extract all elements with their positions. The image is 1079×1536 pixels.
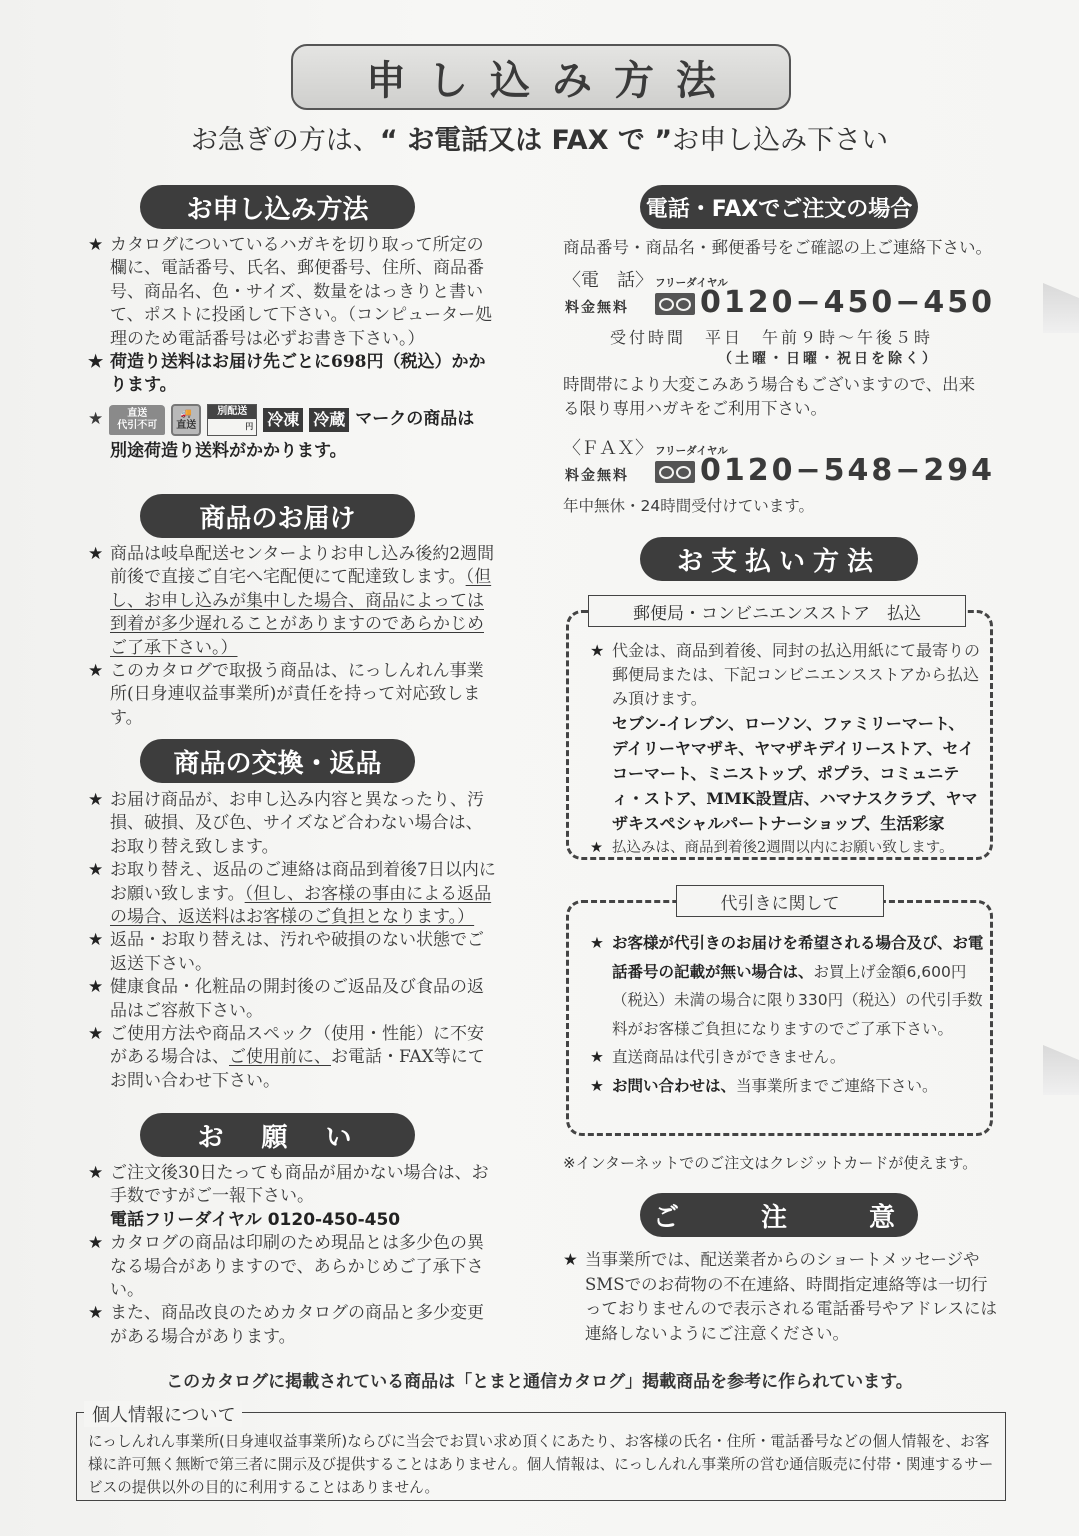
list-item: ★ このカタログで取扱う商品は、にっしんれん事業所(日身連収益事業所)が責任を持… (88, 660, 498, 730)
frozen-icon: 冷凍 (263, 408, 303, 432)
marks-suffix: マークの商品は (355, 408, 474, 431)
subtitle: お急ぎの方は、“ お電話又は FAX で ”お申し込み下さい (0, 118, 1079, 157)
page-title: 申し込み方法 (291, 44, 791, 110)
star-icon: ★ (590, 836, 603, 860)
product-marks-row: ★ 直送 代引不可 🚚 直送 別配送 円 冷凍 冷蔵 マークの商品は (88, 404, 498, 436)
list-item: ★ カタログについているハガキを切り取って所定の欄に、電話番号、氏名、郵便番号、… (88, 234, 498, 351)
star-icon: ★ (590, 929, 604, 958)
star-icon: ★ (590, 1072, 604, 1101)
list-item: ★ 直送商品は代引きができません。 (590, 1043, 985, 1072)
cod-box-tag: 代引きに関して (676, 885, 884, 917)
free-dial-phone: 電話フリーダイヤル 0120-450-450 (88, 1209, 498, 1232)
payment-box-tag: 郵便局・コンビニエンスストア 払込 (588, 595, 966, 627)
star-icon: ★ (88, 789, 103, 812)
list-item: ★ お取り替え、返品のご連絡は商品到着後7日以内にお願い致します。（但し、お客様… (88, 859, 498, 929)
list-item: ★ また、商品改良のためカタログの商品と多少変更がある場合があります。 (88, 1302, 498, 1349)
catalog-source-note: このカタログに掲載されている商品は「とまと通信カタログ」掲載商品を参考に作られて… (0, 1367, 1079, 1392)
star-icon: ★ (88, 1162, 103, 1185)
truck-icon: 🚚 (181, 408, 192, 420)
list-item: ★ 健康食品・化粧品の開封後のご返品及び食品の返品はご容赦下さい。 (88, 976, 498, 1023)
heading-caution: ご 注 意 (640, 1193, 918, 1237)
phone-number[interactable]: 0120−450−450 (700, 285, 995, 320)
star-icon: ★ (88, 234, 103, 257)
convenience-store-list: セブン-イレブン、ローソン、ファミリーマート、デイリーヤマザキ、ヤマザキデイリー… (590, 711, 980, 836)
phone-closed-days: （土曜・日曜・祝日を除く） (718, 348, 939, 368)
star-icon: ★ (88, 1232, 103, 1255)
star-icon: ★ (88, 351, 103, 374)
subtitle-suffix: お申し込み下さい (672, 125, 888, 156)
heading-how-to-apply: お申し込み方法 (140, 185, 415, 229)
heading-delivery: 商品のお届け (140, 494, 415, 538)
subtitle-emphasis: “ お電話又は FAX で ” (380, 125, 672, 156)
heading-phone-fax-order: 電話・FAXでご注文の場合 (640, 185, 918, 229)
torn-edge (1043, 1045, 1079, 1095)
list-item: ★ 代金は、商品到着後、同封の払込用紙にて最寄りの郵便局または、下記コンビニエン… (590, 639, 980, 711)
fax-hours: 年中無休・24時間受付けています。 (563, 494, 814, 518)
star-icon: ★ (88, 660, 103, 683)
section-exchange-return: ★ お届け商品が、お申し込み内容と異なったり、汚損、破損、及び色、サイズなど合わ… (88, 789, 498, 1093)
fax-fee-free: 料金無料 (565, 465, 629, 485)
list-item: ★ カタログの商品は印刷のため現品とは多少色の異なる場合がありますので、あらかじ… (88, 1232, 498, 1302)
phone-fax-intro: 商品番号・商品名・郵便番号をご確認の上ご連絡下さい。 (563, 236, 993, 260)
star-icon: ★ (590, 1043, 604, 1072)
star-icon: ★ (88, 543, 103, 566)
phone-label: 〈電 話〉 (563, 266, 653, 292)
chilled-icon: 冷蔵 (309, 408, 349, 432)
list-item: ★ 返品・お取り替えは、汚れや破損のない状態でご返送下さい。 (88, 929, 498, 976)
star-icon: ★ (88, 1302, 103, 1325)
fax-label: 〈ＦＡＸ〉 (563, 434, 653, 460)
direct-no-cod-truck-icon: 直送 代引不可 (109, 405, 165, 435)
heading-request: お 願 い (140, 1113, 415, 1157)
phone-hours: 受付時間 平日 午前９時～午後５時 (610, 325, 933, 348)
list-item: ★ ご注文後30日たっても商品が届かない場合は、お手数ですがご一報下さい。 (88, 1162, 498, 1209)
subtitle-prefix: お急ぎの方は、 (191, 125, 380, 156)
section-payment: ★ 代金は、商品到着後、同封の払込用紙にて最寄りの郵便局または、下記コンビニエン… (590, 639, 980, 860)
busy-note: 時間帯により大変こみあう場合もございますので、出来る限り専用ハガキをご利用下さい… (563, 373, 983, 421)
star-icon: ★ (590, 639, 604, 663)
section-delivery: ★ 商品は岐阜配送センターよりお申し込み後約2週間前後で直接ご自宅へ宅配便にて配… (88, 543, 498, 730)
list-item: ★ お問い合わせは、当事業所までご連絡下さい。 (590, 1072, 985, 1101)
star-icon: ★ (88, 929, 103, 952)
free-dial-icon (655, 293, 695, 315)
list-item: ★ 当事業所では、配送業者からのショートメッセージやSMSでのお荷物の不在連絡、… (563, 1248, 998, 1346)
internet-order-note: ※インターネットでのご注文はクレジットカードが使えます。 (563, 1152, 977, 1173)
list-item: ★ ご使用方法や商品スペック（使用・性能）に不安がある場合は、ご使用前に、お電話… (88, 1023, 498, 1093)
separate-delivery-icon: 別配送 円 (207, 404, 257, 436)
section-cod: ★ お客様が代引きのお届けを希望される場合及び、お電話番号の記載が無い場合は、お… (590, 929, 985, 1100)
privacy-title: 個人情報について (84, 1401, 242, 1427)
star-icon: ★ (88, 859, 103, 882)
star-icon: ★ (88, 976, 103, 999)
direct-ship-icon: 🚚 直送 (171, 404, 201, 436)
heading-exchange-return: 商品の交換・返品 (140, 739, 415, 783)
section-request: ★ ご注文後30日たっても商品が届かない場合は、お手数ですがご一報下さい。 電話… (88, 1162, 498, 1349)
phone-fee-free: 料金無料 (565, 297, 629, 317)
star-icon: ★ (563, 1248, 578, 1273)
order-info-page: 申し込み方法 お急ぎの方は、“ お電話又は FAX で ”お申し込み下さい お申… (0, 0, 1079, 1536)
list-item-extra-fee: 別途荷造り送料がかかります。 (88, 440, 498, 463)
list-item: ★ お届け商品が、お申し込み内容と異なったり、汚損、破損、及び色、サイズなど合わ… (88, 789, 498, 859)
privacy-body: にっしんれん事業所(日身連収益事業所)ならびに当会でお買い求め頂くにあたり、お客… (88, 1430, 1000, 1499)
section-how-to-apply: ★ カタログについているハガキを切り取って所定の欄に、電話番号、氏名、郵便番号、… (88, 234, 498, 463)
list-item: ★ 払込みは、商品到着後2週間以内にお願い致します。 (590, 836, 980, 860)
heading-payment: お支払い方法 (640, 537, 918, 581)
star-icon: ★ (88, 408, 103, 431)
list-item-shipping-fee: ★ 荷造り送料はお届け先ごとに698円（税込）かかります。 (88, 351, 498, 398)
list-item: ★ お客様が代引きのお届けを希望される場合及び、お電話番号の記載が無い場合は、お… (590, 929, 985, 1043)
section-caution: ★ 当事業所では、配送業者からのショートメッセージやSMSでのお荷物の不在連絡、… (563, 1248, 998, 1346)
list-item: ★ 商品は岐阜配送センターよりお申し込み後約2週間前後で直接ご自宅へ宅配便にて配… (88, 543, 498, 660)
torn-edge (1043, 283, 1079, 333)
free-dial-icon (655, 461, 695, 483)
fax-number[interactable]: 0120−548−294 (700, 453, 995, 488)
star-icon: ★ (88, 1023, 103, 1046)
